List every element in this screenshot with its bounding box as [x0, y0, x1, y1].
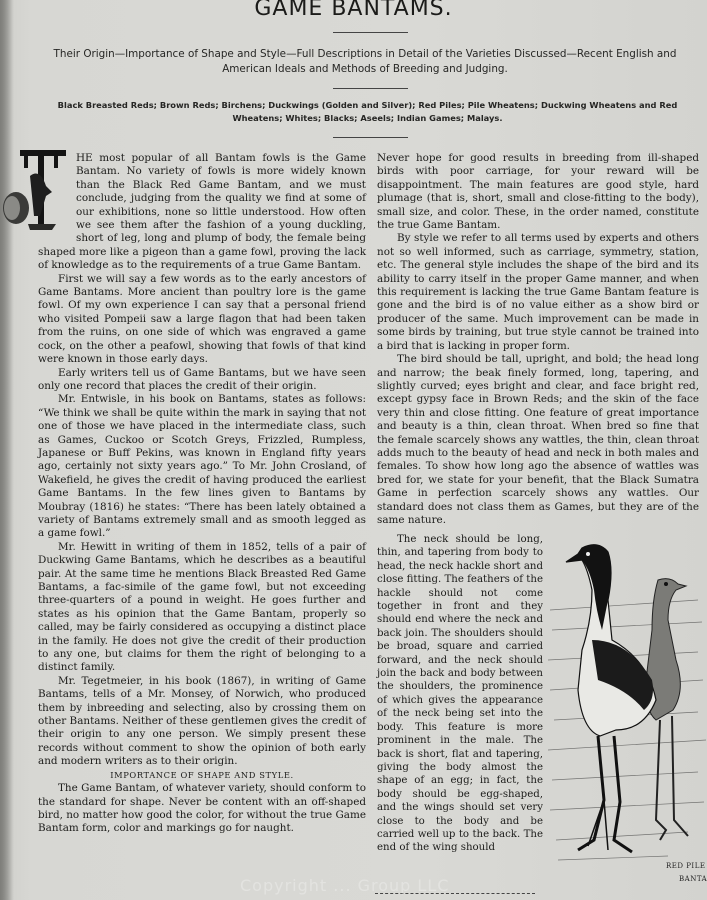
paragraph-never-hope: Never hope for good results in breeding … [377, 152, 699, 232]
paragraph-hewitt: Mr. Hewitt in writing of them in 1852, t… [38, 541, 366, 675]
section-heading: IMPORTANCE OF SHAPE AND STYLE. [38, 769, 366, 782]
subtitle-rule [333, 88, 408, 89]
right-column: Never hope for good results in breeding … [377, 152, 699, 527]
figure-caption-line2: BANTA [679, 875, 707, 883]
varieties-list: Black Breasted Reds; Brown Reds; Birchen… [50, 99, 685, 125]
gutter-shadow [0, 0, 14, 900]
paragraph-entwisle: Mr. Entwisle, in his book on Bantams, st… [38, 393, 366, 540]
paragraph-shape: The Game Bantam, of whatever variety, sh… [38, 782, 366, 836]
paragraph-intro: HE most popular of all Bantam fowls is t… [38, 152, 366, 273]
paragraph-neck: The neck should be long, thin, and taper… [377, 533, 543, 855]
paragraph-tegetmeier: Mr. Tegetmeier, in his book (1867), in w… [38, 675, 366, 769]
red-pile-bantam-illustration [548, 540, 707, 880]
copyright-watermark: Copyright ... Group LLC [240, 876, 449, 895]
figure-caption-line1: RED PILE [666, 862, 705, 870]
drop-cap-t-icon [0, 146, 70, 234]
page-subtitle: Their Origin—Importance of Shape and Sty… [50, 47, 680, 77]
title-rule [333, 32, 408, 33]
right-narrow-column: The neck should be long, thin, and taper… [377, 533, 543, 855]
paragraph-early-writers: Early writers tell us of Game Bantams, b… [38, 367, 366, 394]
bantam-birds-icon [548, 540, 707, 880]
paragraph-style: By style we refer to all terms used by e… [377, 232, 699, 353]
paragraph-bird-tall: The bird should be tall, upright, and bo… [377, 353, 699, 527]
varieties-rule [333, 137, 408, 138]
page-title: GAME BANTAMS. [0, 0, 707, 21]
left-column: HE most popular of all Bantam fowls is t… [38, 152, 366, 836]
book-page: GAME BANTAMS. Their Origin—Importance of… [0, 0, 707, 900]
drop-cap-illustration [0, 146, 70, 234]
paragraph-ancestors: First we will say a few words as to the … [38, 273, 366, 367]
